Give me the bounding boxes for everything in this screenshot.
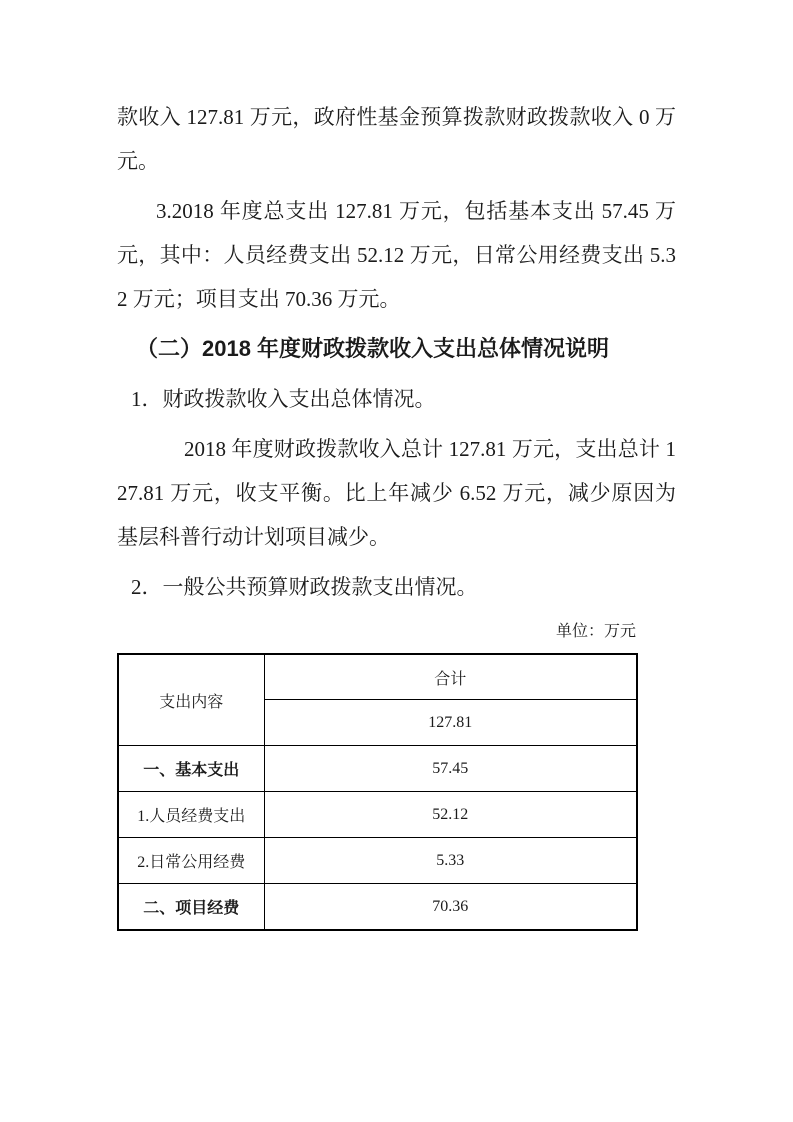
section-heading: （二）2018 年度财政拨款收入支出总体情况说明	[117, 327, 676, 371]
list-item-overview: 1．财政拨款收入支出总体情况。	[117, 377, 676, 421]
paragraph-fiscal-income-continued: 款收入 127.81 万元，政府性基金预算拨款财政拨款收入 0 万元。	[117, 95, 676, 183]
table-row: 一、基本支出 57.45	[118, 746, 637, 792]
table-header-row: 支出内容 合计	[118, 654, 637, 700]
row-label-cell: 一、基本支出	[118, 746, 264, 792]
row-value-cell: 5.33	[264, 838, 637, 884]
row-value-cell: 57.45	[264, 746, 637, 792]
paragraph-total-expenditure: 3.2018 年度总支出 127.81 万元，包括基本支出 57.45 万元，其…	[117, 189, 676, 321]
paragraph-appropriation-overview: 2018 年度财政拨款收入总计 127.81 万元，支出总计 127.81 万元…	[117, 427, 676, 559]
list-item-general-budget: 2．一般公共预算财政拨款支出情况。	[117, 565, 676, 609]
header-cell-total-value: 127.81	[264, 700, 637, 746]
expenditure-table: 支出内容 合计 127.81 一、基本支出 57.45 1.人员经费支出 52.…	[117, 653, 638, 931]
header-cell-total: 合计	[264, 654, 637, 700]
row-label-cell: 1.人员经费支出	[118, 792, 264, 838]
document-page: 款收入 127.81 万元，政府性基金预算拨款财政拨款收入 0 万元。 3.20…	[0, 0, 793, 1122]
table-row: 二、项目经费 70.36	[118, 884, 637, 931]
row-value-cell: 52.12	[264, 792, 637, 838]
row-label-cell: 二、项目经费	[118, 884, 264, 931]
header-cell-expenditure-content: 支出内容	[118, 654, 264, 746]
row-label-cell: 2.日常公用经费	[118, 838, 264, 884]
table-unit-note: 单位：万元	[117, 617, 676, 647]
table-row: 1.人员经费支出 52.12	[118, 792, 637, 838]
table-row: 2.日常公用经费 5.33	[118, 838, 637, 884]
row-value-cell: 70.36	[264, 884, 637, 931]
